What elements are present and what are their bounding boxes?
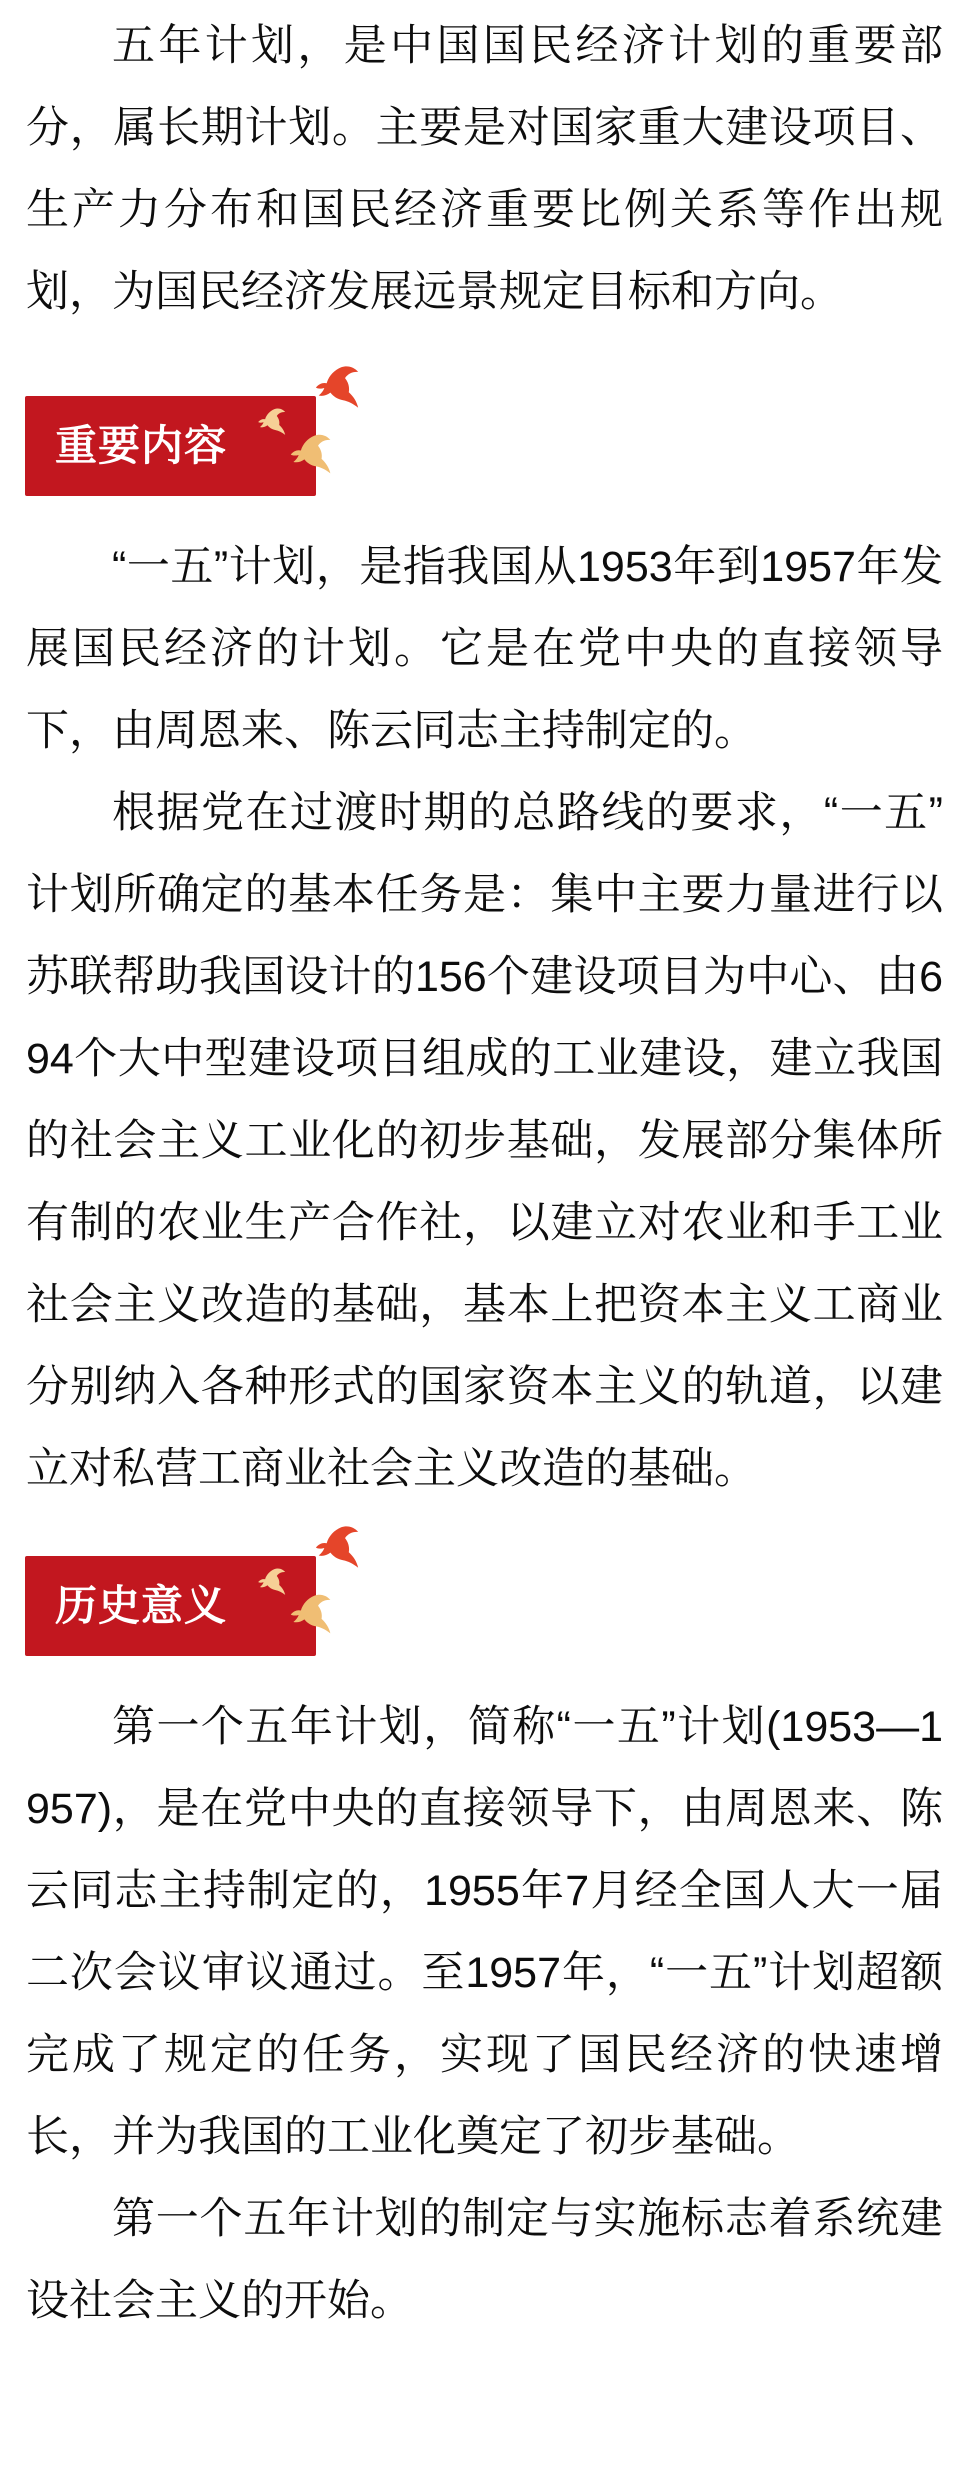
- dove-icon-cream: [257, 407, 287, 437]
- section-banner-label: 重要内容: [55, 425, 227, 467]
- intro-paragraph: 五年计划，是中国国民经济计划的重要部分，属长期计划。主要是对国家重大建设项目、生…: [26, 5, 943, 333]
- dove-icon-red: [314, 365, 361, 410]
- section-banner-label: 历史意义: [55, 1585, 227, 1627]
- dove-icon-red: [314, 1525, 361, 1570]
- body-paragraph: “一五”计划，是指我国从1953年到1957年发展国民经济的计划。它是在党中央的…: [26, 526, 943, 772]
- body-paragraph: 第一个五年计划的制定与实施标志着系统建设社会主义的开始。: [26, 2178, 943, 2342]
- dove-icon-tan: [289, 432, 333, 477]
- article-page: 五年计划，是中国国民经济计划的重要部分，属长期计划。主要是对国家重大建设项目、生…: [0, 0, 973, 2489]
- section-header-historical-significance: 历史意义: [26, 1556, 943, 1656]
- body-paragraph: 根据党在过渡时期的总路线的要求，“一五”计划所确定的基本任务是：集中主要力量进行…: [26, 772, 943, 1510]
- dove-icon-tan: [289, 1592, 333, 1637]
- dove-icon-cream: [257, 1567, 287, 1597]
- section-header-important-content: 重要内容: [26, 396, 943, 496]
- body-paragraph: 第一个五年计划，简称“一五”计划(1953—1957)，是在党中央的直接领导下，…: [26, 1686, 943, 2178]
